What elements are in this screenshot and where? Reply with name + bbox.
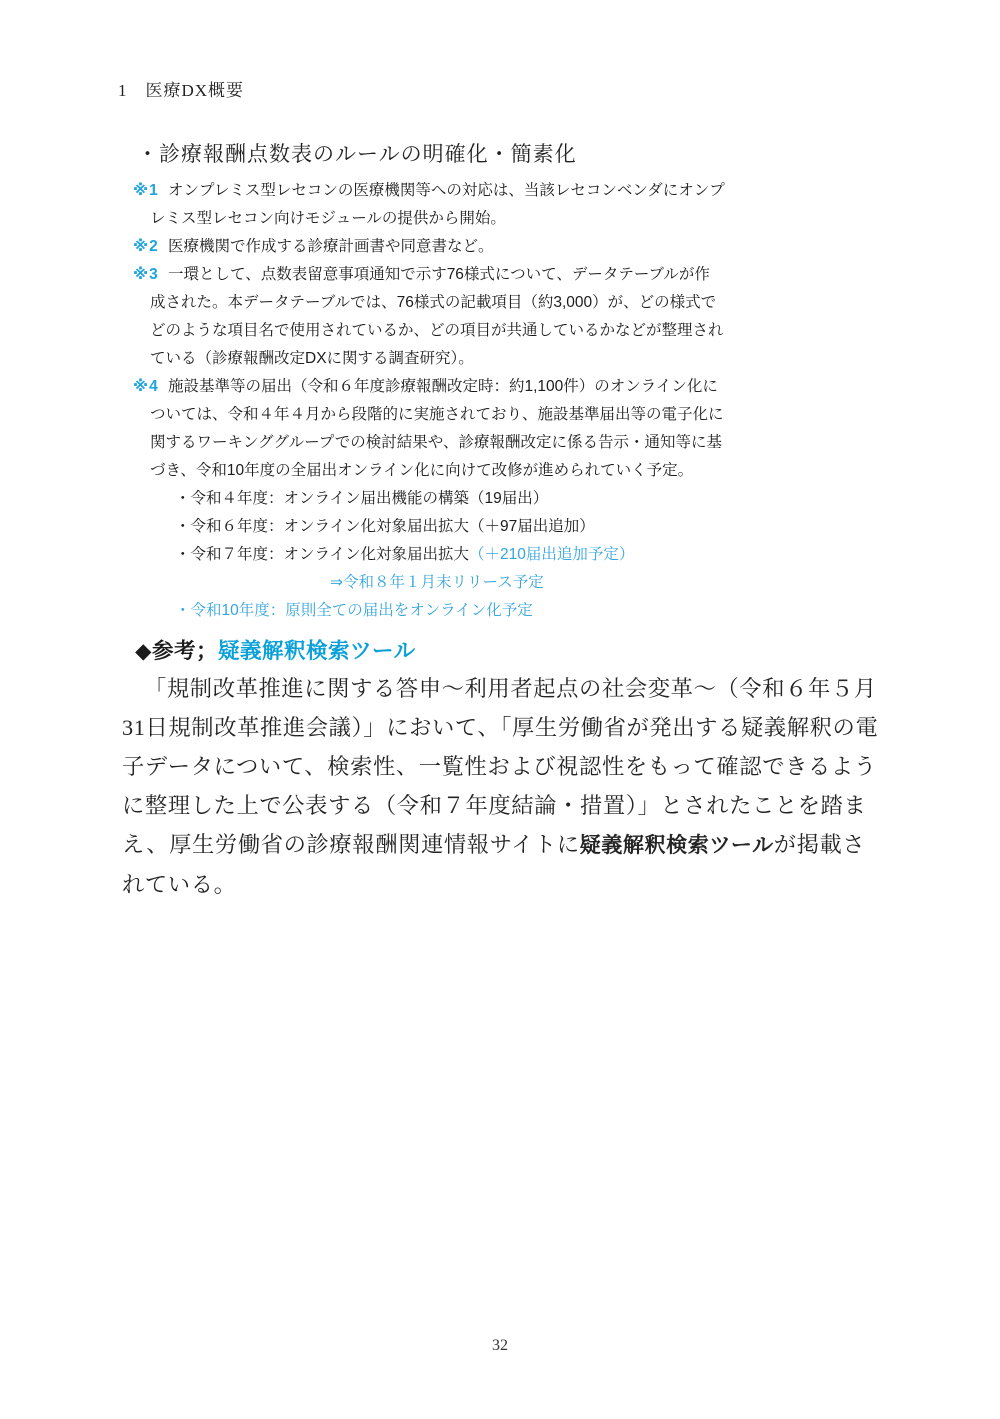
bullet-heading: ・診療報酬点数表のルールの明確化・簡素化 [137, 138, 577, 168]
timeline-item-r4: ・令和４年度：オンライン届出機能の構築（19届出） [175, 485, 897, 513]
footnote-line: 一環として、点数表留意事項通知で示す76様式について、データテーブルが作 [150, 261, 897, 289]
timeline-item-text: ・令和６年度：オンライン化対象届出拡大（＋97届出追加） [175, 518, 595, 535]
document-page: 1 医療DX概要 ・診療報酬点数表のルールの明確化・簡素化 ※1 オンプレミス型… [0, 0, 1000, 1419]
tool-name-emphasis: 疑義解釈検索ツール [580, 834, 774, 857]
reference-heading: ◆参考；疑義解釈検索ツール [135, 634, 416, 665]
footnote-line: オンプレミス型レセコンの医療機関等への対応は、当該レセコンベンダにオンプ [150, 177, 897, 205]
footnote-line: どのような項目名で使用されているか、どの項目が共通しているかなどが整理され [150, 317, 897, 345]
footnote-line: ている（診療報酬改定DXに関する調査研究）。 [150, 345, 897, 373]
paragraph-line-mixed: え、厚生労働省の診療報酬関連情報サイトに疑義解釈検索ツールが掲載さ [122, 825, 897, 865]
footnote-marker: ※3 [133, 261, 159, 289]
timeline-item-r6: ・令和６年度：オンライン化対象届出拡大（＋97届出追加） [175, 513, 897, 541]
paragraph-text: え、厚生労働省の診療報酬関連情報サイトに [122, 832, 580, 857]
timeline-item-text: ・令和４年度：オンライン届出機能の構築（19届出） [175, 490, 548, 507]
footnote-line: 医療機関で作成する診療計画書や同意書など。 [150, 233, 897, 261]
timeline-item-text: ・令和７年度：オンライン化対象届出拡大 [175, 546, 469, 563]
paragraph-line: に整理した上で公表する（令和７年度結論・措置）」とされたことを踏ま [122, 786, 897, 825]
footnote-item-4: ※4 施設基準等の届出（令和６年度診療報酬改定時：約1,100件）のオンライン化… [133, 373, 897, 485]
paragraph-text: が掲載さ [774, 832, 866, 857]
diamond-icon-and-label: ◆参考； [135, 639, 218, 663]
paragraph-line: 子データについて、検索性、一覧性および視認性をもって確認できるよう [122, 747, 897, 786]
footnote-marker: ※2 [133, 233, 159, 261]
footnote-item-3: ※3 一環として、点数表留意事項通知で示す76様式について、データテーブルが作 … [133, 261, 897, 373]
footnote-marker: ※4 [133, 373, 159, 401]
footnote-marker: ※1 [133, 177, 159, 205]
reference-title: 疑義解釈検索ツール [218, 639, 416, 663]
footnotes-block: ※1 オンプレミス型レセコンの医療機関等への対応は、当該レセコンベンダにオンプ … [133, 177, 897, 625]
timeline-item-r10: ・令和10年度：原則全ての届出をオンライン化予定 [175, 597, 897, 625]
footnote-line: 成された。本データテーブルでは、76様式の記載項目（約3,000）が、どの様式で [150, 289, 897, 317]
page-header: 1 医療DX概要 [118, 76, 244, 101]
paragraph-line: 「規制改革推進に関する答申～利用者起点の社会変革～（令和６年５月 [122, 669, 897, 708]
footnote-line: 関するワーキンググループでの検討結果や、診療報酬改定に係る告示・通知等に基 [150, 429, 897, 457]
timeline-arrow-line: ⇒令和８年１月末リリース予定 [330, 569, 897, 597]
footnote-line: 施設基準等の届出（令和６年度診療報酬改定時：約1,100件）のオンライン化に [150, 373, 897, 401]
timeline-item-r7: ・令和７年度：オンライン化対象届出拡大（＋210届出追加予定） [175, 541, 897, 569]
paragraph-line: れている。 [122, 865, 897, 904]
footnote-item-2: ※2 医療機関で作成する診療計画書や同意書など。 [133, 233, 897, 261]
footnote-line: づき、令和10年度の全届出オンライン化に向けて改修が進められていく予定。 [150, 457, 897, 485]
footnote-line: ついては、令和４年４月から段階的に実施されており、施設基準届出等の電子化に [150, 401, 897, 429]
footnote-item-1: ※1 オンプレミス型レセコンの医療機関等への対応は、当該レセコンベンダにオンプ … [133, 177, 897, 233]
footnote-line: レミス型レセコン向けモジュールの提供から開始。 [150, 205, 897, 233]
body-paragraph: 「規制改革推進に関する答申～利用者起点の社会変革～（令和６年５月 31日規制改革… [122, 669, 897, 904]
timeline-item-blue-text: （＋210届出追加予定） [469, 546, 634, 563]
paragraph-line: 31日規制改革推進会議）」において、「厚生労働省が発出する疑義解釈の電 [122, 708, 897, 747]
page-number: 32 [0, 1337, 1000, 1355]
